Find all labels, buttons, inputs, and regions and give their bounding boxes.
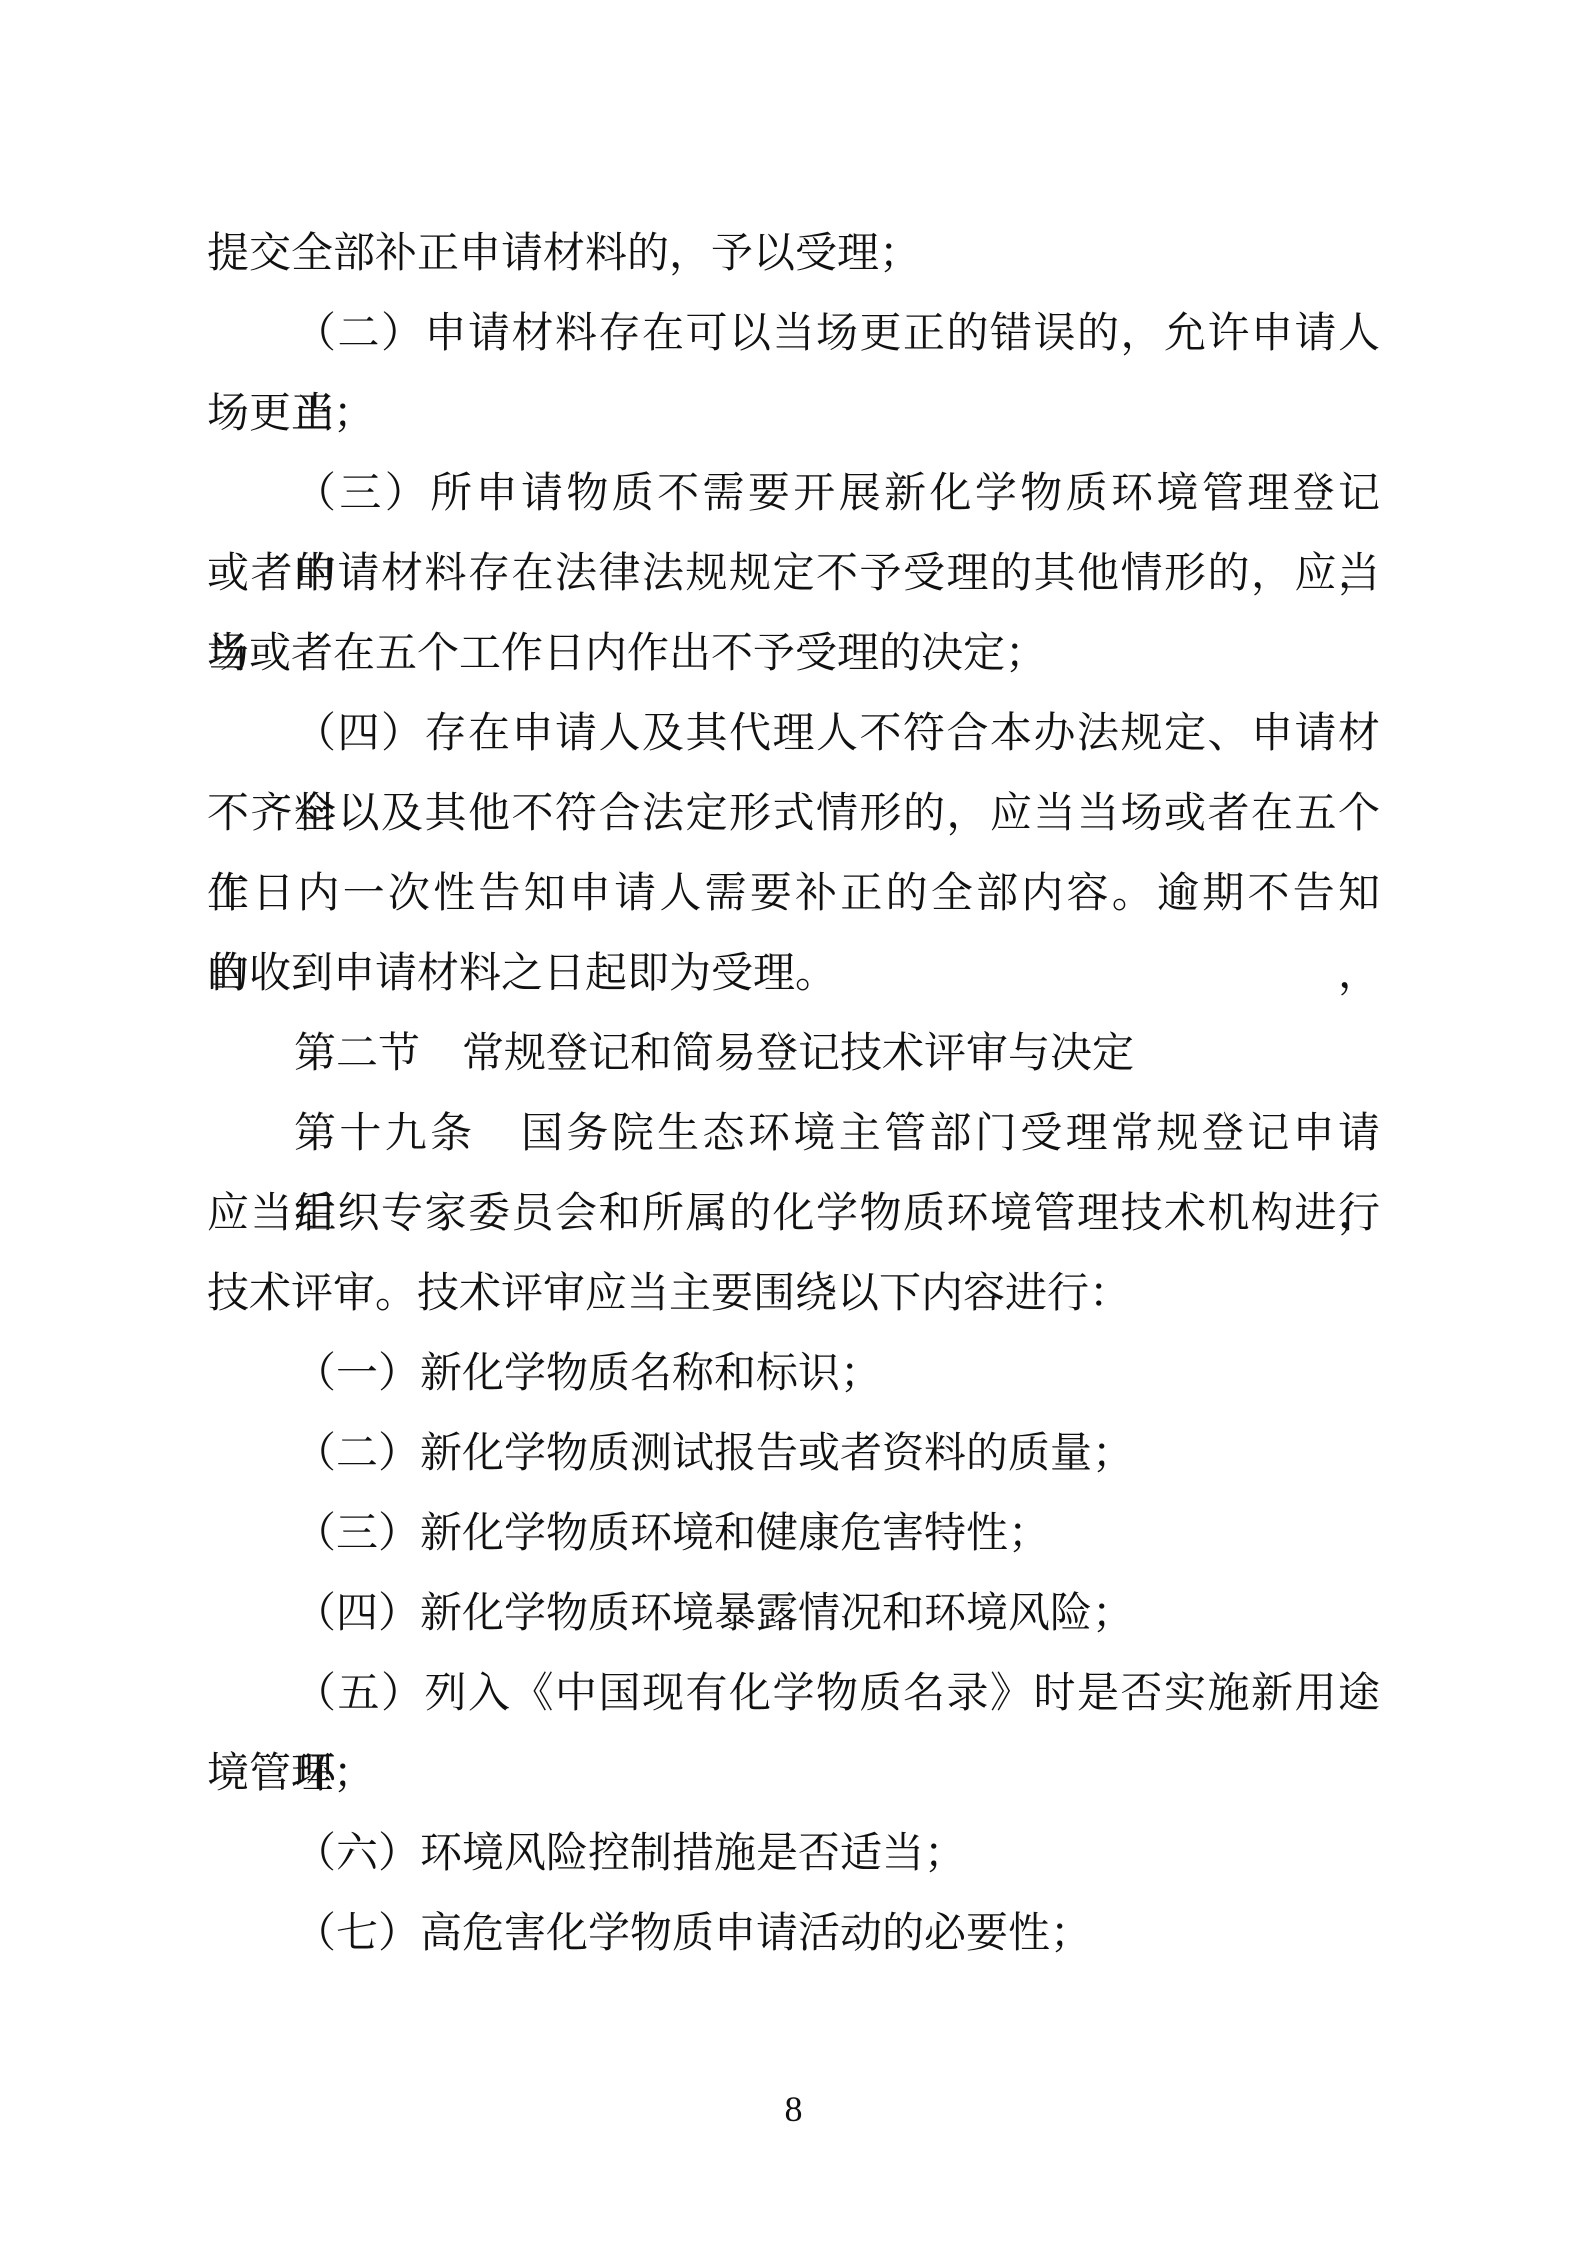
list-item-2: （二）申请材料存在可以当场更正的错误的，允许申请人当 — [294, 293, 1380, 373]
review-item-2: （二）新化学物质测试报告或者资料的质量； — [294, 1413, 1380, 1493]
text-line: 技术评审。技术评审应当主要围绕以下内容进行： — [207, 1253, 1380, 1333]
list-item-4: （四）存在申请人及其代理人不符合本办法规定、申请材料 — [294, 693, 1380, 773]
text-line: 或者申请材料存在法律法规规定不予受理的其他情形的，应当当 — [207, 533, 1380, 613]
text-line: 场更正； — [207, 373, 1380, 453]
text-line: 自收到申请材料之日起即为受理。 — [207, 933, 1380, 1013]
text-line: 场或者在五个工作日内作出不予受理的决定； — [207, 613, 1380, 693]
list-item-3: （三）所申请物质不需要开展新化学物质环境管理登记的， — [294, 453, 1380, 533]
text-line: 作日内一次性告知申请人需要补正的全部内容。逾期不告知的， — [207, 853, 1380, 933]
review-item-6: （六）环境风险控制措施是否适当； — [294, 1813, 1380, 1893]
document-page: 提交全部补正申请材料的，予以受理； （二）申请材料存在可以当场更正的错误的，允许… — [0, 0, 1587, 2245]
review-item-1: （一）新化学物质名称和标识； — [294, 1333, 1380, 1413]
article-heading-line: 第十九条 国务院生态环境主管部门受理常规登记申请后， — [294, 1093, 1380, 1173]
text-line: 境管理； — [207, 1733, 1380, 1813]
text-line: 应当组织专家委员会和所属的化学物质环境管理技术机构进行 — [207, 1173, 1380, 1253]
page-number: 8 — [0, 2084, 1587, 2134]
review-item-4: （四）新化学物质环境暴露情况和环境风险； — [294, 1573, 1380, 1653]
review-item-7: （七）高危害化学物质申请活动的必要性； — [294, 1893, 1380, 1973]
text-line: 不齐全以及其他不符合法定形式情形的，应当当场或者在五个工 — [207, 773, 1380, 853]
section-heading: 第二节 常规登记和简易登记技术评审与决定 — [294, 1013, 1380, 1093]
review-item-3: （三）新化学物质环境和健康危害特性； — [294, 1493, 1380, 1573]
text-line: 提交全部补正申请材料的，予以受理； — [207, 213, 1380, 293]
review-item-5: （五）列入《中国现有化学物质名录》时是否实施新用途环 — [294, 1653, 1380, 1733]
